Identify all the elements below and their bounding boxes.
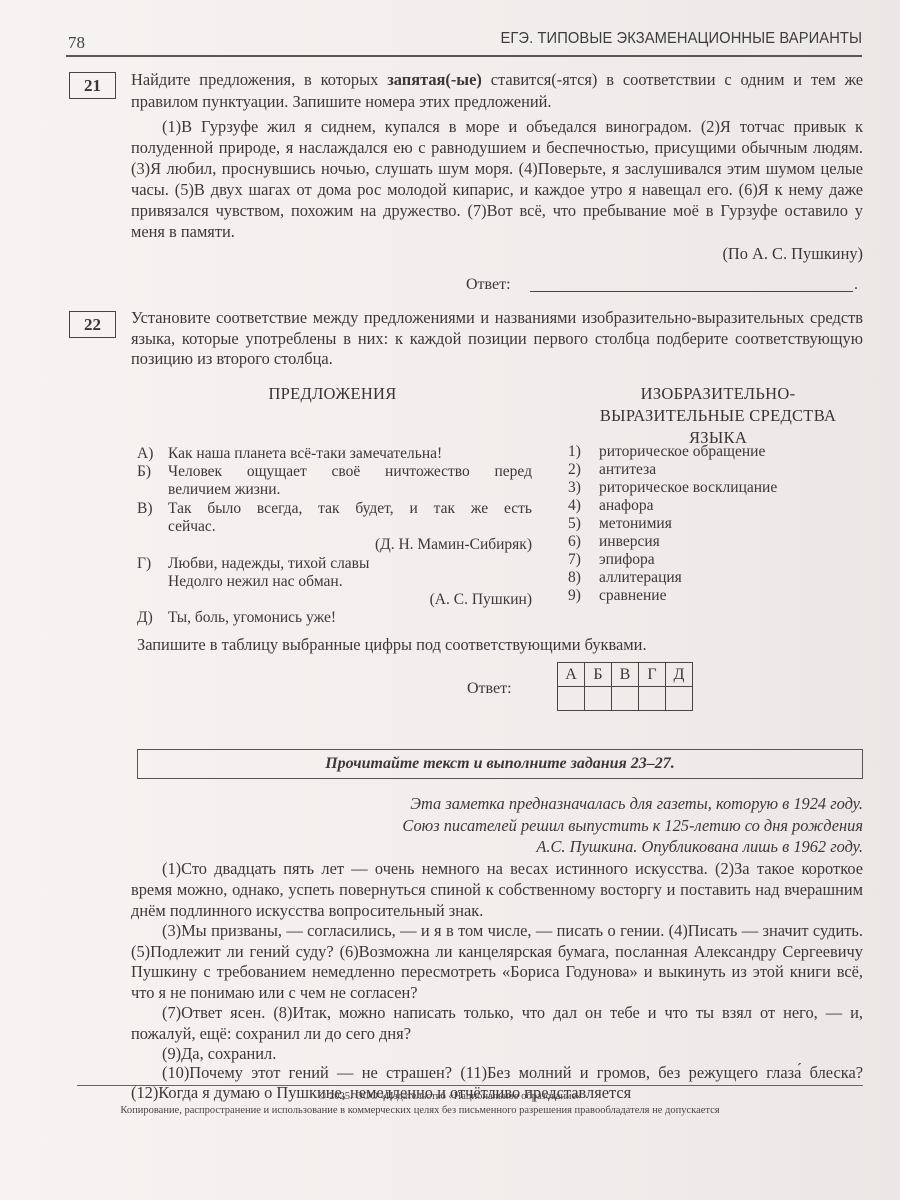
- answer-column-header: А: [558, 663, 585, 687]
- sentence-text: Человек ощущает своё ничтожество перед: [168, 463, 532, 481]
- task22-answer-label: Ответ:: [467, 680, 512, 698]
- answer-cell-g[interactable]: [639, 687, 666, 711]
- means-label: 1): [568, 443, 581, 461]
- means-text: анафора: [599, 497, 868, 515]
- task21-instruction: Найдите предложения, в которых запятая(-…: [131, 69, 863, 112]
- means-header-line: ВЫРАЗИТЕЛЬНЫЕ СРЕДСТВА: [568, 405, 868, 427]
- sentence-text: Любви, надежды, тихой славы: [168, 555, 532, 573]
- means-label: 4): [568, 497, 581, 515]
- copyright-notice: Копирование, распространение и использов…: [0, 1105, 840, 1116]
- sentence-label: Б): [137, 463, 151, 481]
- task-number-21: 21: [69, 72, 116, 99]
- sentence-text: сейчас.: [168, 518, 532, 536]
- task21-answer-field[interactable]: [530, 291, 853, 292]
- sentence-label: Д): [137, 609, 153, 627]
- sentence-text: величием жизни.: [168, 481, 532, 499]
- sentence-b: Б) Человек ощущает своё ничтожество пере…: [137, 463, 532, 503]
- answer-table-header: А Б В Г Д: [558, 663, 693, 687]
- means-text: инверсия: [599, 533, 868, 551]
- task21-text: (1)В Гурзуфе жил я сиднем, купался в мор…: [131, 116, 863, 243]
- means-label: 3): [568, 479, 581, 497]
- intro-line: Эта заметка предназначалась для газеты, …: [263, 793, 863, 815]
- answer-cell-b[interactable]: [585, 687, 612, 711]
- sentences-header: ПРЕДЛОЖЕНИЯ: [200, 383, 465, 405]
- answer-column-header: Г: [639, 663, 666, 687]
- answer-column-header: В: [612, 663, 639, 687]
- sentence-text: Ты, боль, угомонись уже!: [168, 609, 532, 627]
- answer-cell-a[interactable]: [558, 687, 585, 711]
- means-label: 8): [568, 569, 581, 587]
- page-number: 78: [68, 33, 85, 53]
- reading-instruction-frame: Прочитайте текст и выполните задания 23–…: [137, 749, 863, 779]
- answer-table-input-row: [558, 687, 693, 711]
- answer-column-header: Б: [585, 663, 612, 687]
- intro-line: Союз писателей решил выпустить к 125-лет…: [263, 815, 863, 837]
- sentence-source: (Д. Н. Мамин-Сибиряк): [168, 536, 532, 554]
- exam-page: 78 ЕГЭ. ТИПОВЫЕ ЭКЗАМЕНАЦИОННЫЕ ВАРИАНТЫ…: [0, 0, 900, 1200]
- intro-line: А.С. Пушкина. Опубликована лишь в 1962 г…: [263, 836, 863, 858]
- running-title: ЕГЭ. ТИПОВЫЕ ЭКЗАМЕНАЦИОННЫЕ ВАРИАНТЫ: [500, 30, 862, 48]
- answer-table: А Б В Г Д: [557, 662, 693, 711]
- means-text: риторическое восклицание: [599, 479, 868, 497]
- table-instruction: Запишите в таблицу выбранные цифры под с…: [137, 634, 877, 656]
- answer-period: .: [854, 276, 858, 294]
- reading-paragraph-4: (9)Да, сохранил.: [131, 1043, 863, 1065]
- means-label: 9): [568, 587, 581, 605]
- answer-cell-v[interactable]: [612, 687, 639, 711]
- answer-column-header: Д: [666, 663, 693, 687]
- header-divider: [66, 55, 862, 57]
- sentence-v: В) Так было всегда, так будет, и так же …: [137, 500, 532, 560]
- means-text: метонимия: [599, 515, 868, 533]
- footer-divider: [77, 1085, 863, 1086]
- text-intro: Эта заметка предназначалась для газеты, …: [263, 793, 863, 858]
- copyright-line: © 2025. ООО «Издательство «Национальное …: [0, 1091, 900, 1102]
- sentence-text: Недолго нежил нас обман.: [168, 573, 532, 591]
- means-text: аллитерация: [599, 569, 868, 587]
- instruction-emphasis: запятая(-ые): [387, 70, 482, 89]
- task-number-22: 22: [69, 311, 116, 338]
- reading-paragraph-3: (7)Ответ ясен. (8)Итак, можно написать т…: [131, 1003, 863, 1044]
- means-label: 7): [568, 551, 581, 569]
- sentence-source: (А. С. Пушкин): [168, 591, 532, 609]
- reading-paragraph-2: (3)Мы призваны, — согласились, — и я в т…: [131, 921, 863, 1003]
- means-header: ИЗОБРАЗИТЕЛЬНО- ВЫРАЗИТЕЛЬНЫЕ СРЕДСТВА Я…: [568, 383, 868, 449]
- task21-answer-label: Ответ:: [466, 276, 511, 294]
- answer-cell-d[interactable]: [666, 687, 693, 711]
- means-label: 2): [568, 461, 581, 479]
- instruction-text: Найдите предложения, в которых: [131, 70, 387, 89]
- means-text: эпифора: [599, 551, 868, 569]
- means-label: 5): [568, 515, 581, 533]
- means-text: антитеза: [599, 461, 868, 479]
- means-label: 6): [568, 533, 581, 551]
- sentence-label: В): [137, 500, 153, 518]
- task21-source: (По А. С. Пушкину): [131, 243, 863, 265]
- sentence-label: Г): [137, 555, 151, 573]
- sentence-g: Г) Любви, надежды, тихой славы Недолго н…: [137, 555, 532, 615]
- means-header-line: ИЗОБРАЗИТЕЛЬНО-: [568, 383, 868, 405]
- sentence-label: А): [137, 445, 153, 463]
- sentence-text: Так было всегда, так будет, и так же ест…: [168, 500, 532, 518]
- task22-instruction: Установите соответствие между предложени…: [131, 308, 863, 370]
- reading-paragraph-1: (1)Сто двадцать пять лет — очень немного…: [131, 858, 863, 921]
- means-text: риторическое обращение: [599, 443, 868, 461]
- sentence-text: Как наша планета всё-таки замечательна!: [168, 445, 532, 463]
- means-text: сравнение: [599, 587, 868, 605]
